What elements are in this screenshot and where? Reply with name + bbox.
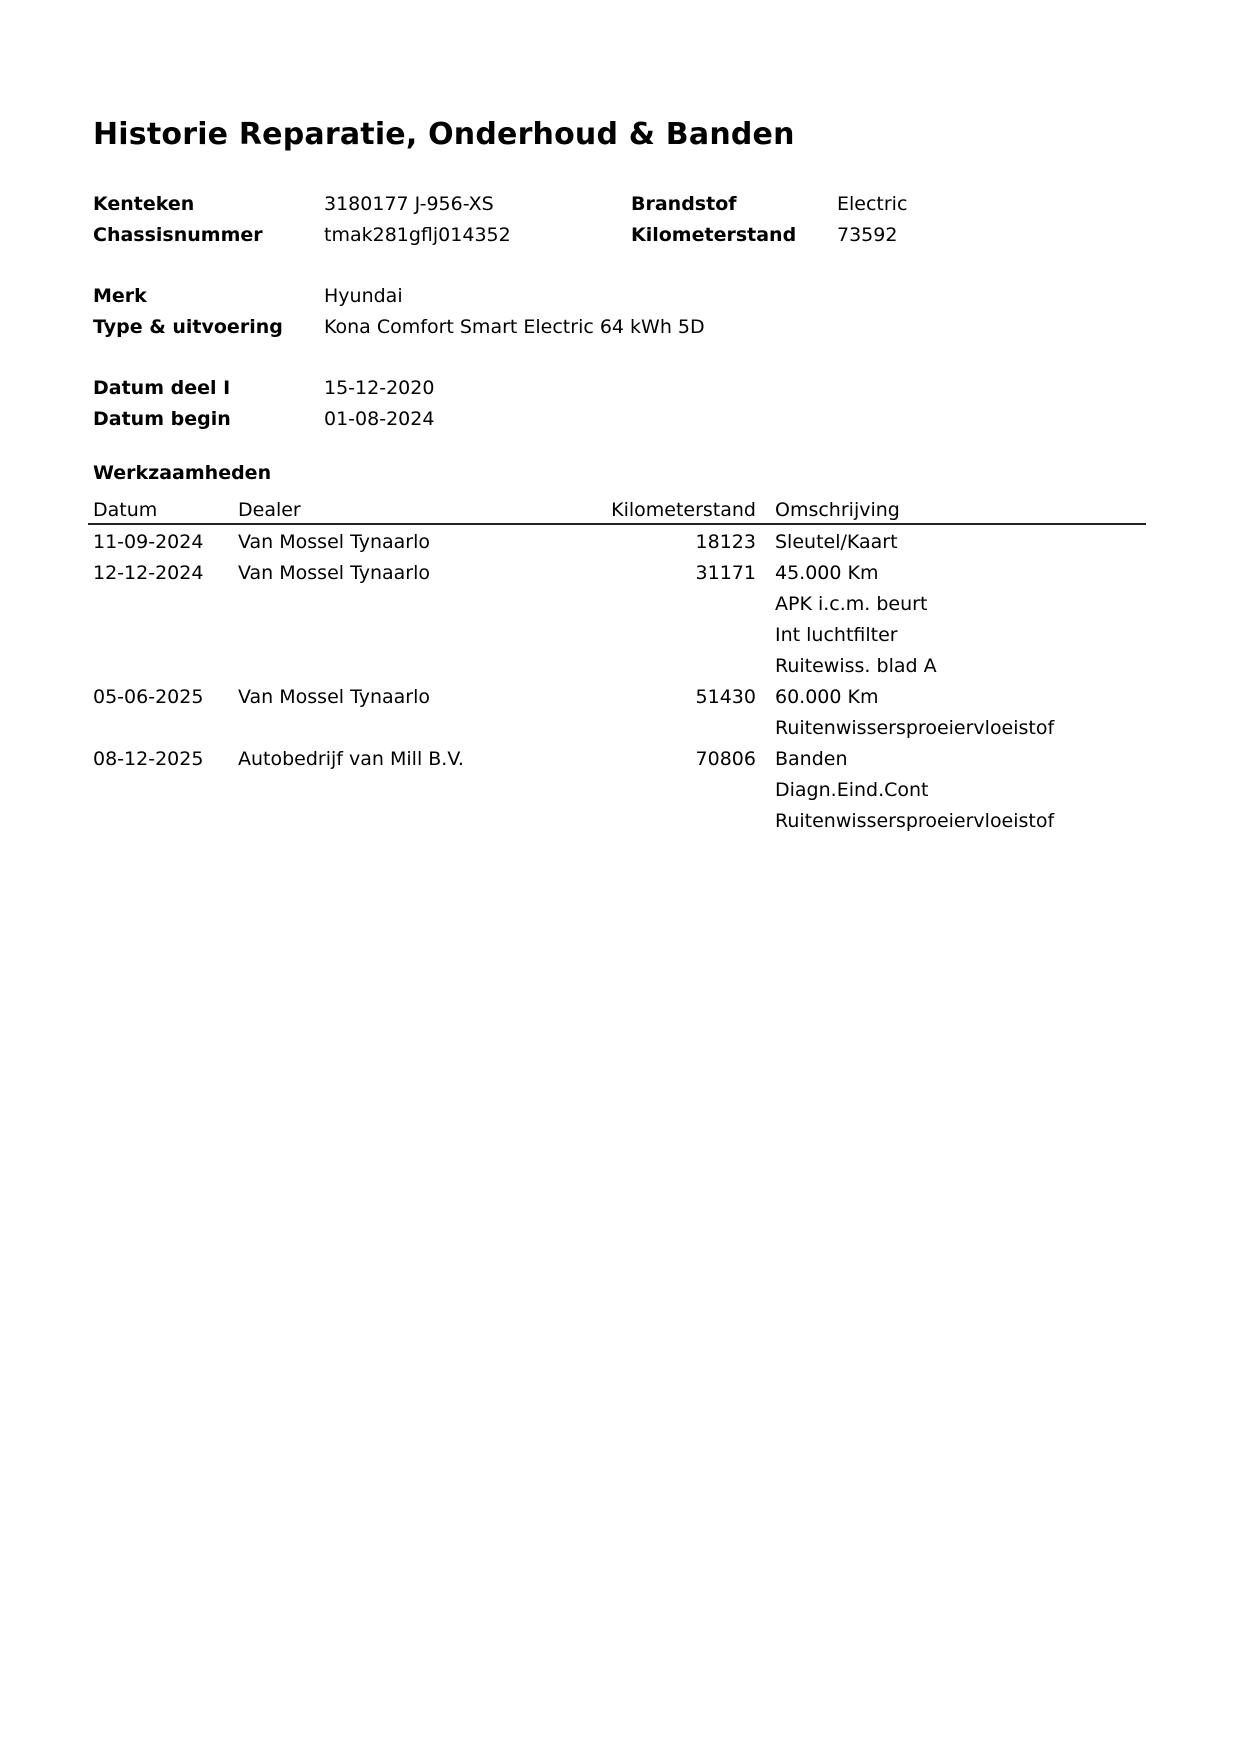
column-header-dealer: Dealer	[238, 498, 301, 522]
merk-label: Merk	[93, 284, 147, 308]
cell-omschrijving: Int luchtfilter	[775, 623, 898, 647]
kenteken-label: Kenteken	[93, 192, 194, 216]
cell-dealer: Autobedrijf van Mill B.V.	[238, 747, 464, 771]
column-header-omschrijving: Omschrijving	[775, 498, 900, 522]
document-page: Historie Reparatie, Onderhoud & Banden K…	[0, 0, 1241, 1754]
kilometerstand-label: Kilometerstand	[631, 223, 796, 247]
cell-omschrijving: Diagn.Eind.Cont	[775, 778, 929, 802]
cell-dealer: Van Mossel Tynaarlo	[238, 530, 430, 554]
page-title: Historie Reparatie, Onderhoud & Banden	[93, 115, 795, 155]
datum-deel-label: Datum deel I	[93, 376, 230, 400]
cell-dealer: Van Mossel Tynaarlo	[238, 685, 430, 709]
brandstof-label: Brandstof	[631, 192, 737, 216]
cell-omschrijving: 45.000 Km	[775, 561, 879, 585]
cell-datum: 05-06-2025	[93, 685, 203, 709]
cell-omschrijving: Ruitewiss. blad A	[775, 654, 937, 678]
kilometerstand-value: 73592	[837, 223, 897, 247]
chassis-label: Chassisnummer	[93, 223, 263, 247]
chassis-value: tmak281gflj014352	[324, 223, 511, 247]
column-header-kilometerstand: Kilometerstand	[556, 498, 756, 522]
datum-deel-value: 15-12-2020	[324, 376, 434, 400]
kenteken-value: 3180177 J-956-XS	[324, 192, 494, 216]
cell-dealer: Van Mossel Tynaarlo	[238, 561, 430, 585]
cell-omschrijving: 60.000 Km	[775, 685, 879, 709]
column-header-datum: Datum	[93, 498, 157, 522]
type-value: Kona Comfort Smart Electric 64 kWh 5D	[324, 315, 705, 339]
brandstof-value: Electric	[837, 192, 907, 216]
cell-omschrijving: Ruitenwissersproeiervloeistof	[775, 809, 1054, 833]
merk-value: Hyundai	[324, 284, 403, 308]
header-divider	[88, 523, 1146, 525]
cell-datum: 12-12-2024	[93, 561, 203, 585]
section-heading-werkzaamheden: Werkzaamheden	[93, 461, 271, 485]
cell-kilometerstand: 70806	[556, 747, 756, 771]
cell-omschrijving: APK i.c.m. beurt	[775, 592, 927, 616]
cell-omschrijving: Banden	[775, 747, 848, 771]
cell-omschrijving: Ruitenwissersproeiervloeistof	[775, 716, 1054, 740]
cell-datum: 08-12-2025	[93, 747, 203, 771]
cell-omschrijving: Sleutel/Kaart	[775, 530, 898, 554]
datum-begin-value: 01-08-2024	[324, 407, 434, 431]
datum-begin-label: Datum begin	[93, 407, 231, 431]
cell-kilometerstand: 18123	[556, 530, 756, 554]
type-label: Type & uitvoering	[93, 315, 283, 339]
cell-kilometerstand: 31171	[556, 561, 756, 585]
cell-datum: 11-09-2024	[93, 530, 203, 554]
cell-kilometerstand: 51430	[556, 685, 756, 709]
